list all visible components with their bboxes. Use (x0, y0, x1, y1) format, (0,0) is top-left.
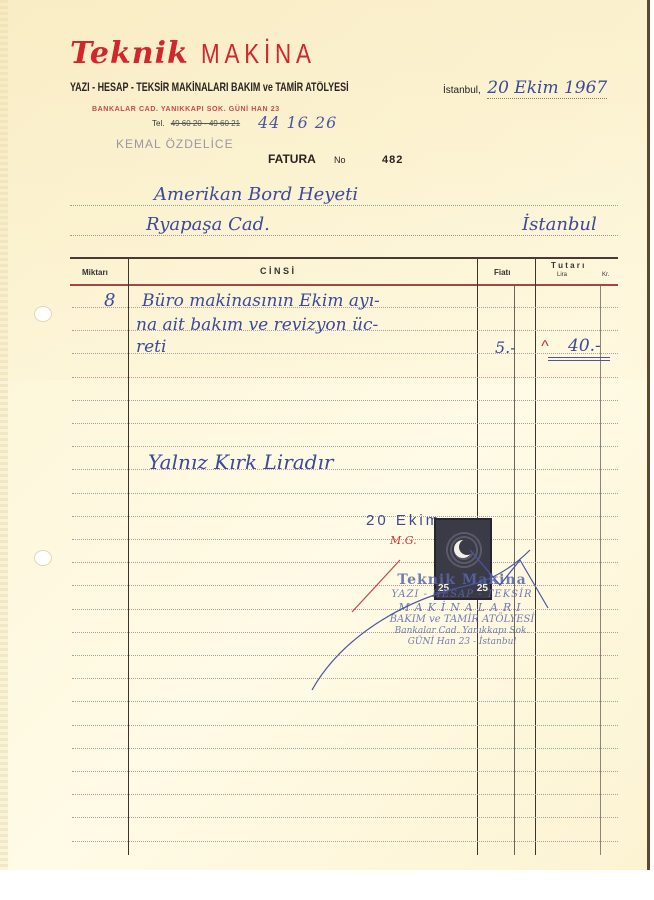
invoice-number-label: No (334, 155, 346, 165)
ruled-line (72, 725, 618, 726)
owner-name-stamp: KEMAL ÖZDELİCE (116, 137, 234, 151)
stamp-line-6: GÜNİ Han 23 - İstanbul (372, 637, 552, 648)
brand-script-text: Teknik (70, 36, 189, 71)
total-double-underline (548, 357, 610, 361)
header-description: C İ N S İ (260, 266, 294, 276)
invoice-title: FATURA (268, 152, 316, 166)
brand-block-text: MAKİNA (201, 38, 316, 70)
ruled-line (72, 539, 618, 540)
tel-old-numbers: 49 60 20 - 49 60 21 (171, 119, 240, 128)
tel-label: Tel. (152, 119, 164, 128)
customer-line-2 (70, 235, 618, 236)
punch-hole-bottom (34, 550, 52, 566)
ruled-line (72, 678, 618, 679)
stamp-line-3: MAKİNALARI (372, 601, 552, 614)
column-divider-total-sub (600, 286, 601, 855)
invoice-number: 482 (382, 154, 403, 166)
ruled-line (72, 423, 618, 424)
company-tagline: YAZI - HESAP - TEKSİR MAKİNALARI BAKIM v… (70, 82, 349, 94)
ruled-line (72, 655, 618, 656)
item-quantity: 8 (104, 290, 115, 311)
place-label: İstanbul, (443, 85, 481, 96)
stamp-line-5: Bankalar Cad. Yanıkkapı Sok. (372, 626, 552, 637)
ruled-line (72, 748, 618, 749)
column-divider-quantity (128, 259, 129, 855)
ruled-line (72, 562, 618, 563)
ruled-line (72, 794, 618, 795)
ruled-line (72, 817, 618, 818)
column-divider-price-sub (514, 286, 515, 855)
ruled-line (72, 446, 618, 447)
column-divider-price (535, 259, 536, 855)
amount-in-words: Yalnız Kırk Liradır (148, 450, 333, 474)
ruled-line (72, 493, 618, 494)
crescent-icon (454, 540, 472, 558)
header-total: T u t a r ı (551, 261, 584, 270)
customer-street: Ryapaşa Cad. (146, 214, 270, 235)
customer-name: Amerikan Bord Heyeti (154, 184, 358, 205)
ruled-line (72, 516, 618, 517)
ruled-line (72, 377, 618, 378)
item-description-line-3: reti (136, 337, 166, 357)
company-rubber-stamp: Teknik Makina YAZI - HESAP - TEKSİR MAKİ… (372, 572, 552, 648)
ruled-line (72, 841, 618, 842)
red-initials: M.G. (390, 534, 417, 547)
received-date-stamp: 20 Ekim (366, 512, 441, 529)
header-total-kurus: Kr. (602, 272, 609, 278)
place-and-date: İstanbul, 20 Ekim 1967 (443, 78, 607, 98)
tel-new-handwritten: 44 16 26 (258, 113, 337, 132)
item-total-lira: 40.- (568, 336, 601, 356)
company-logo: Teknik MAKİNA (70, 36, 345, 71)
stamp-line-2: YAZI - HESAP - TEKSİR (372, 589, 552, 601)
invoice-paper: Teknik MAKİNA YAZI - HESAP - TEKSİR MAKİ… (0, 0, 650, 870)
ruled-line (72, 701, 618, 702)
header-total-lira: Lira (557, 272, 567, 278)
ruled-line (72, 771, 618, 772)
customer-line-1 (70, 205, 618, 206)
header-quantity: Miktarı (82, 268, 108, 277)
item-description-line-1: Büro makinasının Ekim ayı- (142, 291, 380, 311)
header-price: Fiatı (494, 268, 510, 277)
stamp-line-1: Teknik Makina (372, 572, 552, 589)
item-description-line-2: na ait bakım ve revizyon üc- (136, 315, 378, 335)
customer-city: İstanbul (522, 214, 597, 235)
item-price: 5.- (495, 338, 516, 357)
red-check-mark: ^ (541, 338, 549, 356)
stamp-line-4: BAKIM ve TAMİR ATÖLYESİ (372, 614, 552, 626)
invoice-date: 20 Ekim 1967 (487, 78, 607, 99)
punch-hole-top (34, 306, 52, 322)
company-address: BANKALAR CAD. YANIKKAPI SOK. GÜNİ HAN 23 (92, 106, 280, 113)
ruled-line (72, 400, 618, 401)
company-phone: Tel. 49 60 20 - 49 60 21 (152, 119, 240, 128)
